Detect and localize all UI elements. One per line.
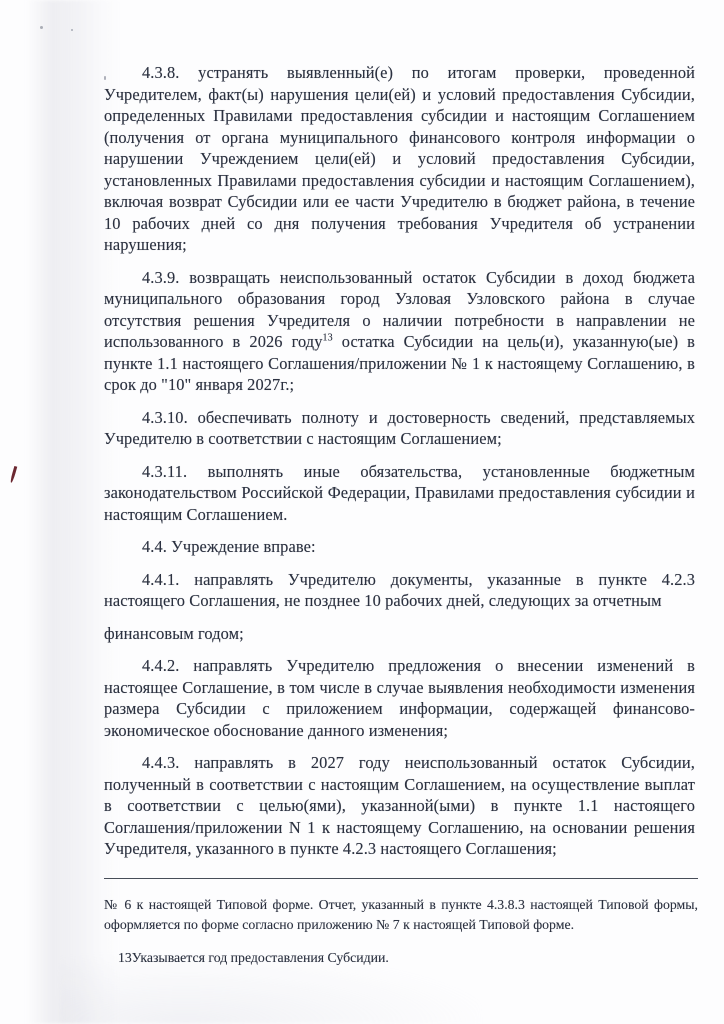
scan-speck [40, 26, 43, 29]
clause-4-4: 4.4. Учреждение вправе: [104, 536, 695, 558]
clause-4-4-1: 4.4.1. направлять Учредителю документы, … [104, 569, 695, 612]
clause-4-3-11: 4.3.11. выполнять иные обязательства, ус… [104, 461, 695, 526]
pen-mark [10, 466, 17, 483]
footnote-ref-13: 13 [323, 333, 333, 344]
footnote-separator-line [104, 878, 698, 879]
clause-4-3-10: 4.3.10. обеспечивать полноту и достоверн… [104, 407, 695, 450]
clause-4-4-1-continued: финансовым годом; [104, 623, 695, 645]
clause-4-3-9: 4.3.9. возвращать неиспользованный остат… [104, 267, 695, 396]
scan-speck [71, 29, 73, 31]
footnote-continuation: № 6 к настоящей Типовой форме. Отчет, ук… [104, 895, 698, 935]
document-body: 4.3.8. устранять выявленный(е) по итогам… [104, 62, 695, 871]
footnote-13: 13Указывается год предоставления Субсиди… [104, 948, 698, 968]
document-page: 4.3.8. устранять выявленный(е) по итогам… [0, 0, 724, 1024]
footnotes-section: № 6 к настоящей Типовой форме. Отчет, ук… [104, 878, 698, 968]
clause-4-4-2: 4.4.2. направлять Учредителю предложения… [104, 655, 695, 741]
clause-4-3-8: 4.3.8. устранять выявленный(е) по итогам… [104, 62, 695, 256]
clause-4-4-3: 4.4.3. направлять в 2027 году неиспользо… [104, 752, 695, 860]
